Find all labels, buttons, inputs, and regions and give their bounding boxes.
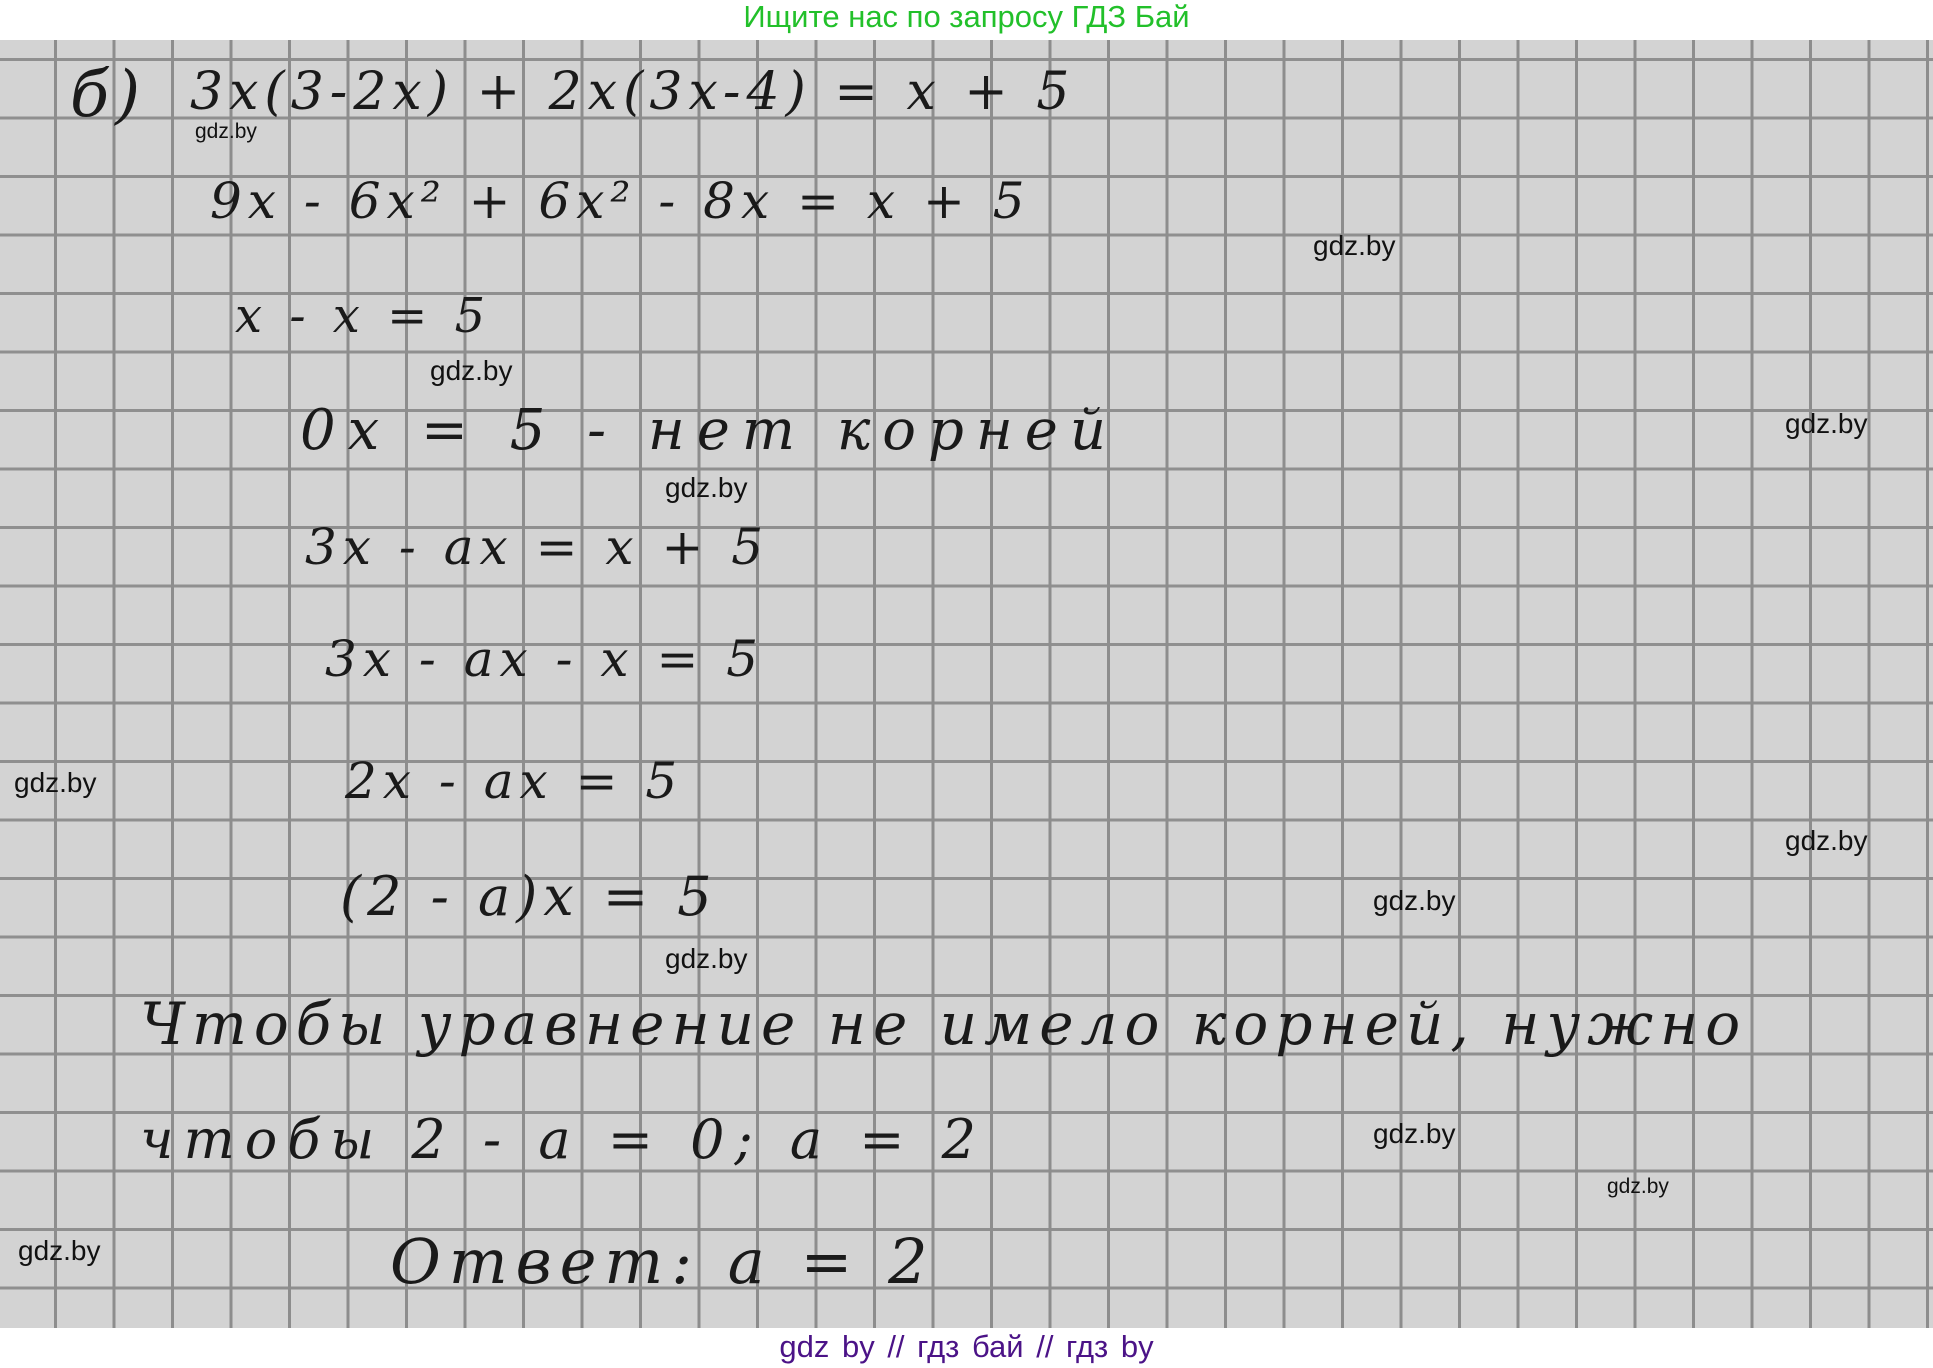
watermark: gdz.by: [665, 472, 748, 504]
watermark: gdz.by: [665, 943, 748, 975]
watermark: gdz.by: [1313, 230, 1396, 262]
part-label: б): [70, 58, 146, 132]
watermark: gdz.by: [1785, 408, 1868, 440]
watermark: gdz.by: [1785, 825, 1868, 857]
watermark: gdz.by: [18, 1235, 101, 1267]
watermark: gdz.by: [430, 355, 513, 387]
solution-line-4: 0x = 5 - нет корней: [300, 398, 1118, 463]
bottom-site-banner: gdz by // гдз бай // гдз by: [0, 1328, 1933, 1368]
watermark: gdz.by: [195, 120, 257, 144]
watermark: gdz.by: [1373, 885, 1456, 917]
watermark: gdz.by: [14, 767, 97, 799]
solution-line-5: 3x - ax = x + 5: [305, 518, 769, 576]
answer-line: Ответ: a = 2: [390, 1225, 936, 1298]
watermark: gdz.by: [1607, 1175, 1669, 1199]
solution-line-9: Чтобы уравнение не имело корней, нужно: [140, 990, 1747, 1058]
solution-line-10: чтобы 2 - a = 0; a = 2: [140, 1108, 986, 1171]
top-search-banner: Ищите нас по запросу ГДЗ Бай: [0, 0, 1933, 40]
notebook-page: б) 3x(3-2x) + 2x(3x-4) = x + 5 9x - 6x² …: [0, 40, 1933, 1328]
solution-line-3: x - x = 5: [235, 288, 491, 344]
solution-line-2: 9x - 6x² + 6x² - 8x = x + 5: [210, 172, 1031, 230]
solution-line-8: (2 - a)x = 5: [340, 865, 718, 928]
solution-line-1: 3x(3-2x) + 2x(3x-4) = x + 5: [190, 62, 1075, 122]
solution-line-7: 2x - ax = 5: [345, 752, 683, 810]
watermark: gdz.by: [1373, 1118, 1456, 1150]
solution-line-6: 3x - ax - x = 5: [325, 630, 764, 688]
